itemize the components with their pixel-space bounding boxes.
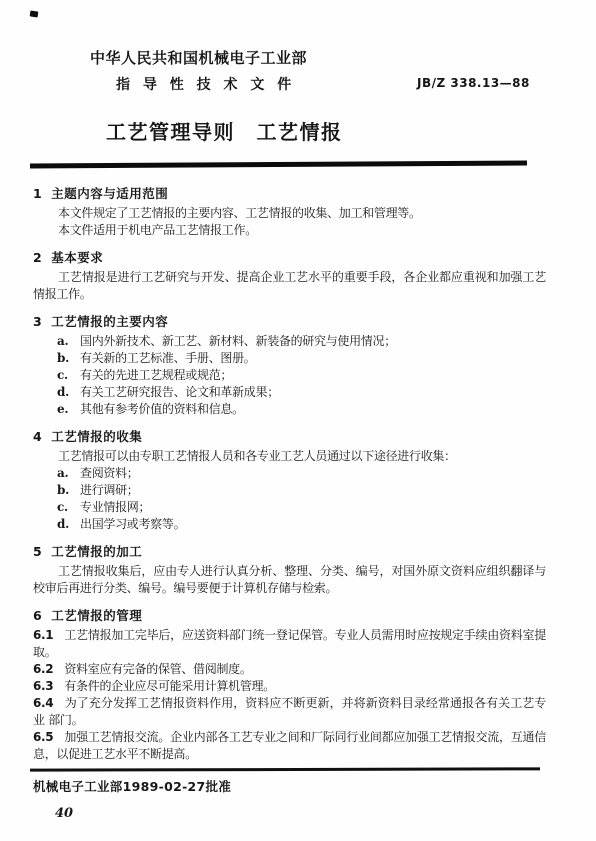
list-item: d.有关工艺研究报告、论文和革新成果； bbox=[57, 384, 546, 401]
clause-number: 6.1 bbox=[33, 628, 53, 642]
section-3: 3工艺情报的主要内容a.国内外新技术、新工艺、新材料、新装备的研究与使用情况；b… bbox=[33, 313, 546, 418]
clause-number: 6.3 bbox=[33, 679, 53, 693]
clause-6.1: 6.1工艺情报加工完毕后，应送资料部门统一登记保管。专业人员需用时应按规定手续由… bbox=[33, 627, 546, 661]
clause-number: 6.5 bbox=[33, 730, 53, 744]
clause-text: 为了充分发挥工艺情报资料作用，资料应不断更新，并将新资料目录经常通报各有关工艺专… bbox=[33, 696, 546, 727]
clause-text: 资料室应有完备的保管、借阅制度。 bbox=[64, 662, 251, 676]
section-heading: 4工艺情报的收集 bbox=[33, 428, 546, 445]
clause-text: 加强工艺情报交流。企业内部各工艺专业之间和厂际同行业间都应加强工艺情报交流，互通… bbox=[33, 730, 546, 761]
section-6: 6工艺情报的管理6.1工艺情报加工完毕后，应送资料部门统一登记保管。专业人员需用… bbox=[33, 607, 546, 763]
clause-6.2: 6.2资料室应有完备的保管、借阅制度。 bbox=[33, 661, 546, 678]
page-number: 40 bbox=[55, 806, 596, 821]
list-marker: d. bbox=[57, 384, 80, 401]
list-item: d.出国学习或考察等。 bbox=[57, 516, 546, 533]
list-item: b.进行调研； bbox=[57, 482, 546, 499]
list-item: a.国内外新技术、新工艺、新材料、新装备的研究与使用情况； bbox=[57, 333, 546, 350]
section-number: 5 bbox=[33, 543, 42, 560]
list-item-text: 有关新的工艺标准、手册、图册。 bbox=[80, 350, 546, 367]
section-number: 2 bbox=[33, 249, 42, 266]
page-title: 工艺管理导则 工艺情报 bbox=[106, 116, 596, 145]
document-header: 中华人民共和国机械电子工业部 指 导 性 技 术 文 件 JB/Z 338.13… bbox=[0, 0, 596, 145]
section-heading-text: 基本要求 bbox=[51, 250, 103, 265]
list-item-text: 有关工艺研究报告、论文和革新成果； bbox=[80, 384, 546, 401]
clause-6.3: 6.3有条件的企业应尽可能采用计算机管理。 bbox=[33, 678, 546, 695]
paragraph: 本文件规定了工艺情报的主要内容、工艺情报的收集、加工和管理等。 bbox=[33, 205, 546, 222]
list-item-text: 有关的先进工艺规程或规范； bbox=[80, 367, 546, 384]
section-number: 4 bbox=[33, 428, 42, 445]
clause-text: 有条件的企业应尽可能采用计算机管理。 bbox=[64, 679, 275, 693]
section-heading: 6工艺情报的管理 bbox=[33, 607, 546, 624]
clause-text: 工艺情报加工完毕后，应送资料部门统一登记保管。专业人员需用时应按规定手续由资料室… bbox=[33, 628, 546, 659]
list-item-text: 专业情报网； bbox=[80, 499, 546, 516]
clause-6.4: 6.4为了充分发挥工艺情报资料作用，资料应不断更新，并将新资料目录经常通报各有关… bbox=[33, 695, 546, 729]
paragraph: 工艺情报收集后，应由专人进行认真分析、整理、分类、编号，对国外原文资料应组织翻译… bbox=[33, 563, 546, 597]
section-number: 3 bbox=[33, 313, 42, 330]
doc-type-row: 指 导 性 技 术 文 件 JB/Z 338.13—88 bbox=[0, 74, 596, 92]
list-item: e.其他有参考价值的资料和信息。 bbox=[57, 401, 546, 418]
list-item: a.查阅资料； bbox=[57, 465, 546, 482]
list-marker: d. bbox=[57, 516, 80, 533]
section-number: 1 bbox=[33, 185, 42, 202]
list-item-text: 其他有参考价值的资料和信息。 bbox=[80, 401, 546, 418]
list-marker: c. bbox=[57, 367, 80, 384]
paragraph: 本文件适用于机电产品工艺情报工作。 bbox=[33, 222, 546, 239]
document-footer: 机械电子工业部1989-02-27批准 40 bbox=[0, 777, 596, 821]
list-marker: b. bbox=[57, 350, 80, 367]
list-marker: b. bbox=[57, 482, 80, 499]
list-item: c.专业情报网； bbox=[57, 499, 546, 516]
section-heading-text: 工艺情报的收集 bbox=[51, 429, 142, 444]
section-heading: 1主题内容与适用范围 bbox=[33, 185, 546, 202]
section-heading: 5工艺情报的加工 bbox=[33, 543, 546, 560]
list-item-text: 出国学习或考察等。 bbox=[80, 516, 546, 533]
paragraph: 工艺情报是进行工艺研究与开发、提高企业工艺水平的重要手段，各企业都应重视和加强工… bbox=[33, 269, 546, 303]
list-item: c.有关的先进工艺规程或规范； bbox=[57, 367, 546, 384]
list-marker: c. bbox=[57, 499, 80, 516]
list-item-text: 国内外新技术、新工艺、新材料、新装备的研究与使用情况； bbox=[80, 333, 546, 350]
clause-number: 6.4 bbox=[33, 696, 53, 710]
section-2: 2基本要求工艺情报是进行工艺研究与开发、提高企业工艺水平的重要手段，各企业都应重… bbox=[33, 249, 546, 303]
clause-6.5: 6.5加强工艺情报交流。企业内部各工艺专业之间和厂际同行业间都应加强工艺情报交流… bbox=[33, 729, 546, 763]
paragraph: 工艺情报可以由专职工艺情报人员和各专业工艺人员通过以下途径进行收集： bbox=[33, 448, 546, 465]
section-heading: 2基本要求 bbox=[33, 249, 546, 266]
approval-line: 机械电子工业部1989-02-27批准 bbox=[33, 777, 596, 795]
section-heading-text: 工艺情报的主要内容 bbox=[51, 314, 168, 329]
section-5: 5工艺情报的加工工艺情报收集后，应由专人进行认真分析、整理、分类、编号，对国外原… bbox=[33, 543, 546, 597]
lettered-list: a.查阅资料；b.进行调研；c.专业情报网；d.出国学习或考察等。 bbox=[57, 465, 546, 533]
section-heading-text: 工艺情报的加工 bbox=[51, 544, 142, 559]
list-item-text: 进行调研； bbox=[80, 482, 546, 499]
document-page: 中华人民共和国机械电子工业部 指 导 性 技 术 文 件 JB/Z 338.13… bbox=[0, 0, 596, 841]
footer-divider-rule bbox=[30, 767, 540, 771]
section-heading: 3工艺情报的主要内容 bbox=[33, 313, 546, 330]
doc-type-label: 指 导 性 技 术 文 件 bbox=[116, 74, 295, 94]
clause-number: 6.2 bbox=[33, 662, 53, 676]
section-number: 6 bbox=[33, 607, 42, 624]
list-item-text: 查阅资料； bbox=[80, 465, 546, 482]
ministry-line: 中华人民共和国机械电子工业部 bbox=[90, 47, 596, 68]
section-heading-text: 主题内容与适用范围 bbox=[51, 186, 168, 201]
list-marker: a. bbox=[57, 465, 80, 482]
document-body: 1主题内容与适用范围本文件规定了工艺情报的主要内容、工艺情报的收集、加工和管理等… bbox=[0, 167, 596, 763]
list-item: b.有关新的工艺标准、手册、图册。 bbox=[57, 350, 546, 367]
section-4: 4工艺情报的收集工艺情报可以由专职工艺情报人员和各专业工艺人员通过以下途径进行收… bbox=[33, 428, 546, 533]
standard-number: JB/Z 338.13—88 bbox=[417, 76, 530, 90]
list-marker: e. bbox=[57, 401, 80, 418]
section-heading-text: 工艺情报的管理 bbox=[51, 608, 142, 623]
scan-artifact bbox=[30, 10, 39, 17]
section-1: 1主题内容与适用范围本文件规定了工艺情报的主要内容、工艺情报的收集、加工和管理等… bbox=[33, 185, 546, 239]
lettered-list: a.国内外新技术、新工艺、新材料、新装备的研究与使用情况；b.有关新的工艺标准、… bbox=[57, 333, 546, 418]
list-marker: a. bbox=[57, 333, 80, 350]
